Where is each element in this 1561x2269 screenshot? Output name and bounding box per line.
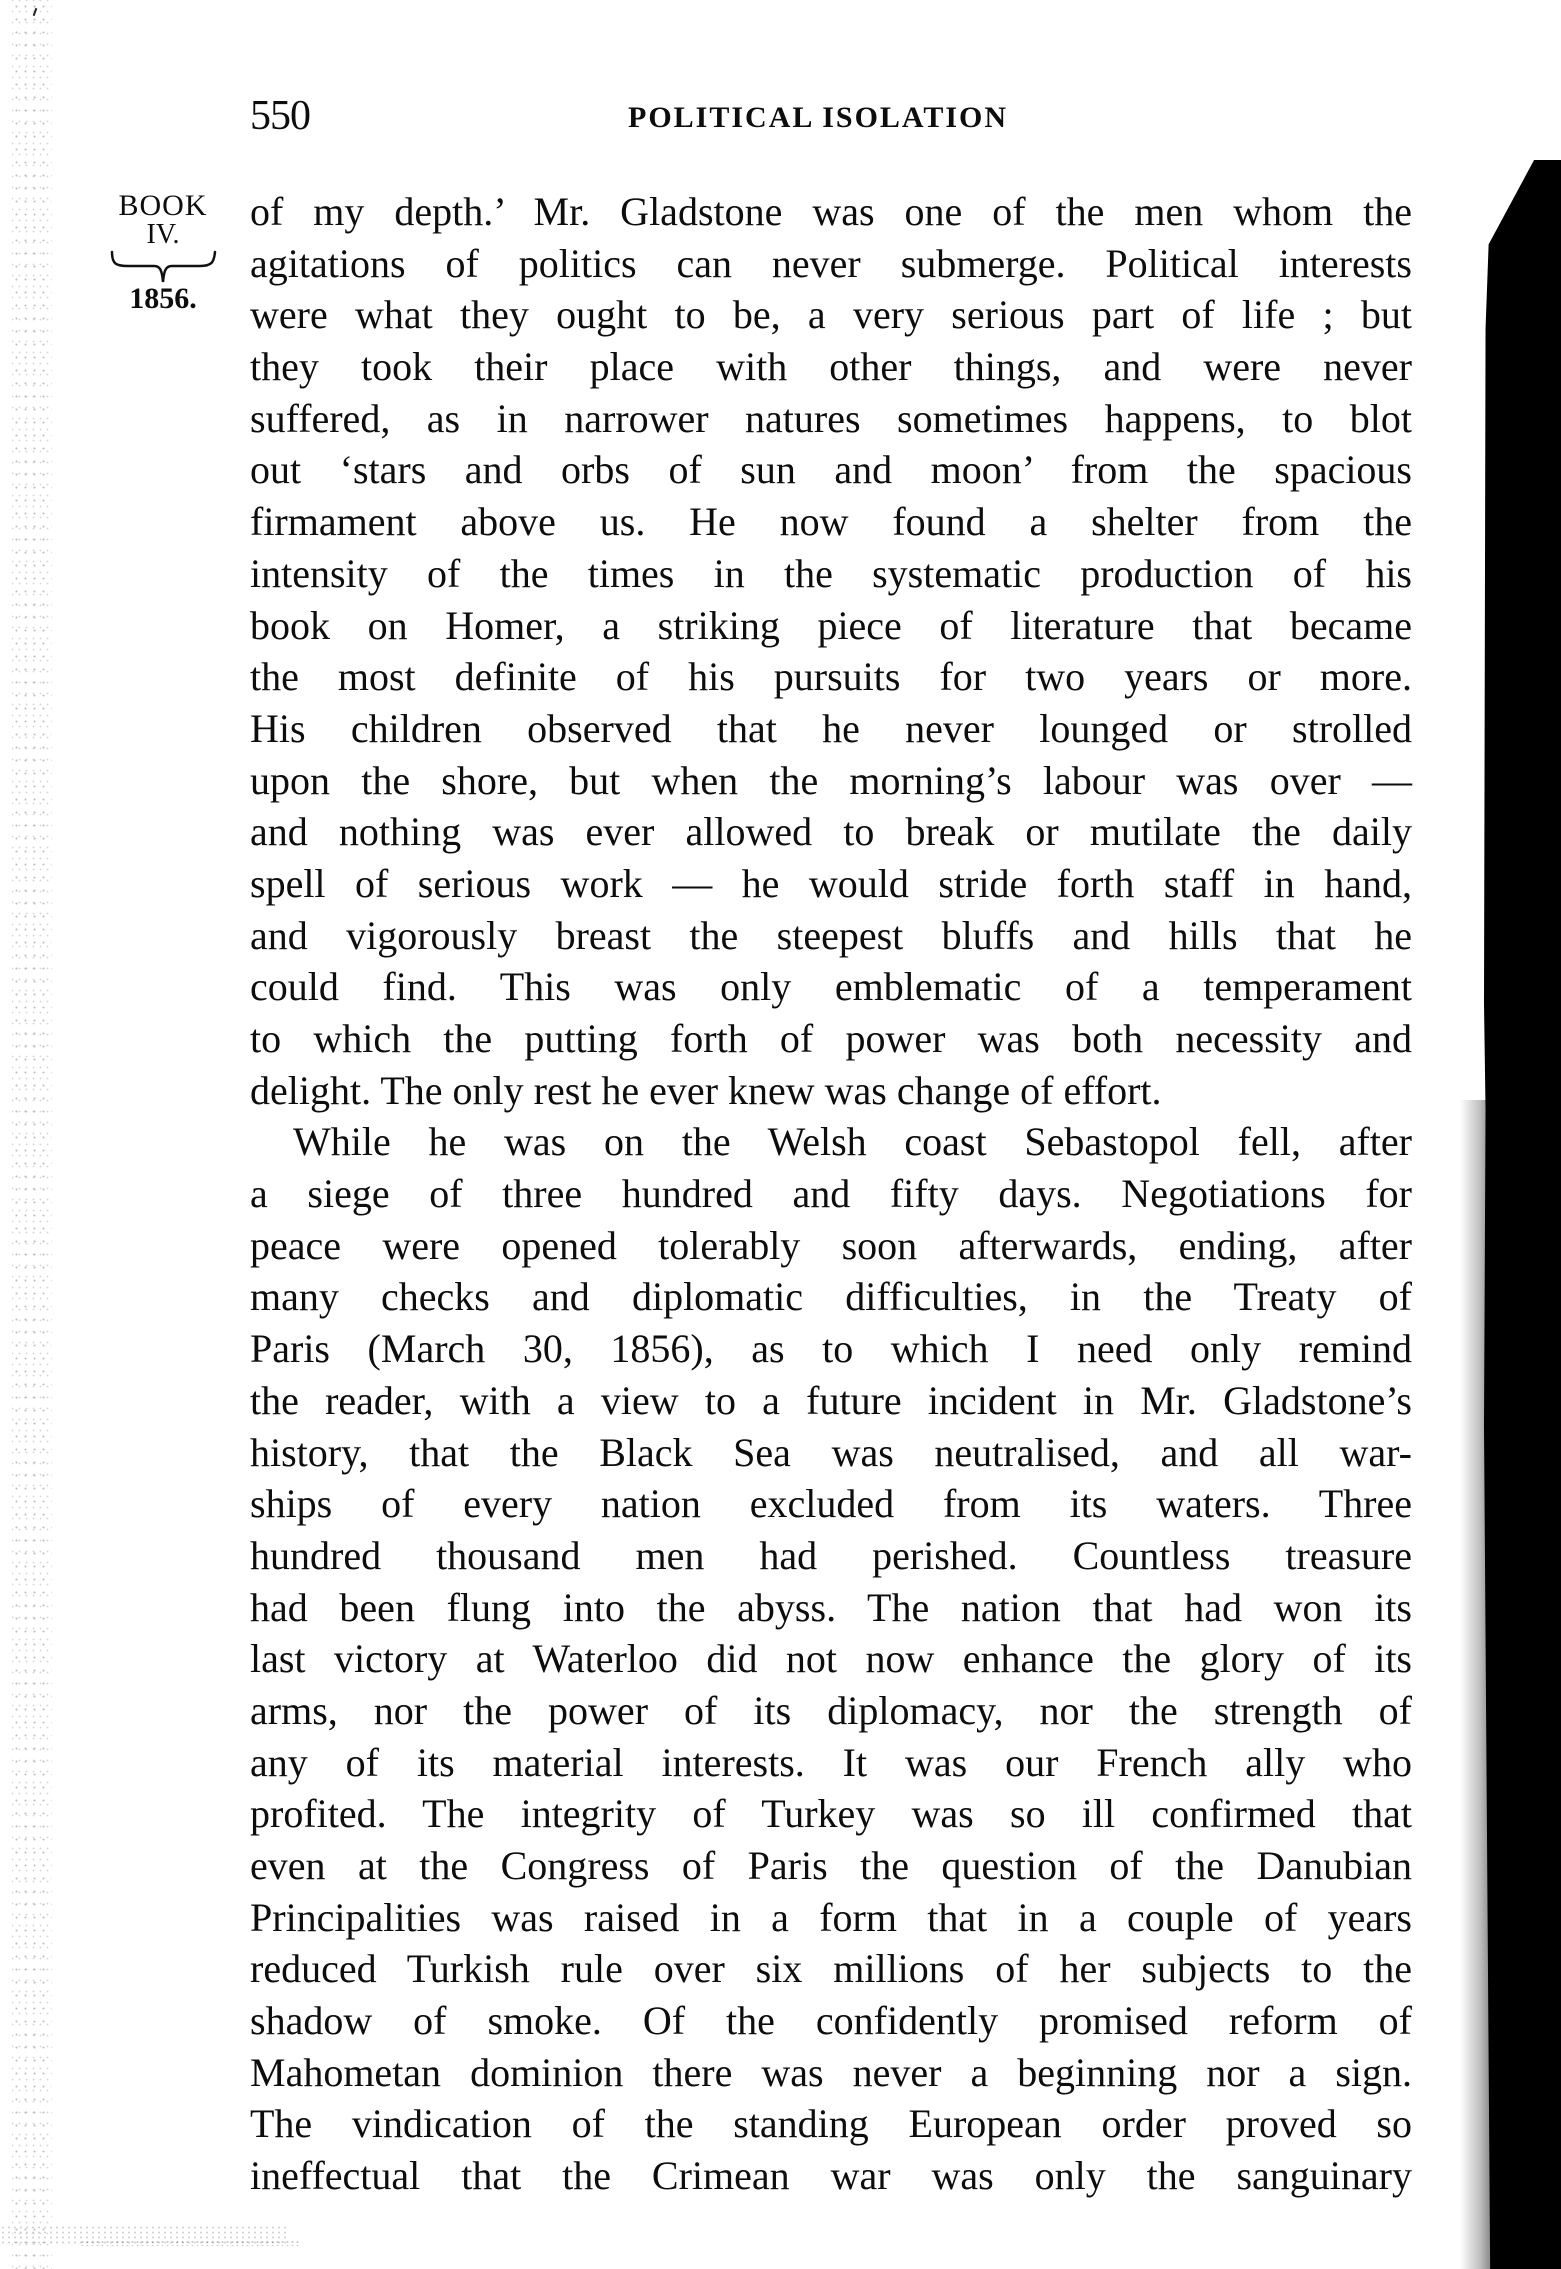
- book-page: 550 POLITICAL ISOLATION BOOK IV. 1856. o…: [0, 0, 1561, 2269]
- text-line: were what they ought to be, a very serio…: [250, 289, 1412, 341]
- text-line: spell of serious work — he would stride …: [250, 858, 1412, 910]
- paragraph-start-line: While he was on the Welsh coast Sebastop…: [250, 1116, 1412, 1168]
- text-line: the most definite of his pursuits for tw…: [250, 651, 1412, 703]
- text-line: Principalities was raised in a form that…: [250, 1892, 1412, 1944]
- text-line: many checks and diplomatic difficulties,…: [250, 1271, 1412, 1323]
- page-number: 550: [250, 94, 310, 138]
- text-line: His children observed that he never loun…: [250, 703, 1412, 755]
- text-line: they took their place with other things,…: [250, 341, 1412, 393]
- running-head: 550 POLITICAL ISOLATION: [250, 94, 1410, 138]
- text-line: hundred thousand men had perished. Count…: [250, 1530, 1412, 1582]
- curly-brace-icon: [108, 250, 218, 284]
- text-line: peace were opened tolerably soon afterwa…: [250, 1220, 1412, 1272]
- text-line: Paris (March 30, 1856), as to which I ne…: [250, 1323, 1412, 1375]
- text-line: ineffectual that the Crimean war was onl…: [250, 2150, 1412, 2202]
- text-line: even at the Congress of Paris the questi…: [250, 1840, 1412, 1892]
- binding-shadow: [1484, 160, 1561, 2269]
- text-line: agitations of politics can never submerg…: [250, 238, 1412, 290]
- margin-note: BOOK IV. 1856.: [108, 188, 218, 316]
- text-line: of my depth.’ Mr. Gladstone was one of t…: [250, 186, 1412, 238]
- text-line: a siege of three hundred and fifty days.…: [250, 1168, 1412, 1220]
- text-line: intensity of the times in the systematic…: [250, 548, 1412, 600]
- text-line: and nothing was ever allowed to break or…: [250, 806, 1412, 858]
- text-line: arms, nor the power of its diplomacy, no…: [250, 1685, 1412, 1737]
- text-line: out ‘stars and orbs of sun and moon’ fro…: [250, 444, 1412, 496]
- page-left-edge-texture: [12, 0, 52, 2269]
- text-line: book on Homer, a striking piece of liter…: [250, 600, 1412, 652]
- text-line: history, that the Black Sea was neutrali…: [250, 1427, 1412, 1479]
- text-line: last victory at Waterloo did not now enh…: [250, 1633, 1412, 1685]
- text-line: to which the putting forth of power was …: [250, 1013, 1412, 1065]
- text-line: The vindication of the standing European…: [250, 2098, 1412, 2150]
- body-text: of my depth.’ Mr. Gladstone was one of t…: [250, 186, 1412, 2202]
- text-line: had been flung into the abyss. The natio…: [250, 1582, 1412, 1634]
- text-line: any of its material interests. It was ou…: [250, 1737, 1412, 1789]
- text-line: upon the shore, but when the morning’s l…: [250, 755, 1412, 807]
- text-line: ships of every nation excluded from its …: [250, 1478, 1412, 1530]
- text-line: firmament above us. He now found a shelt…: [250, 496, 1412, 548]
- margin-year-label: 1856.: [108, 282, 218, 316]
- text-line: shadow of smoke. Of the confidently prom…: [250, 1995, 1412, 2047]
- page-bottom-smudge: [80, 2240, 300, 2246]
- margin-volume-label: IV.: [108, 220, 218, 250]
- paragraph-end-line: delight. The only rest he ever knew was …: [250, 1065, 1412, 1117]
- text-line: and vigorously breast the steepest bluff…: [250, 910, 1412, 962]
- text-line: Mahometan dominion there was never a beg…: [250, 2047, 1412, 2099]
- page-heading: POLITICAL ISOLATION: [628, 98, 1008, 138]
- text-line: suffered, as in narrower natures sometim…: [250, 393, 1412, 445]
- text-line: reduced Turkish rule over six millions o…: [250, 1943, 1412, 1995]
- text-line: profited. The integrity of Turkey was so…: [250, 1788, 1412, 1840]
- text-line: the reader, with a view to a future inci…: [250, 1375, 1412, 1427]
- text-line: could find. This was only emblematic of …: [250, 961, 1412, 1013]
